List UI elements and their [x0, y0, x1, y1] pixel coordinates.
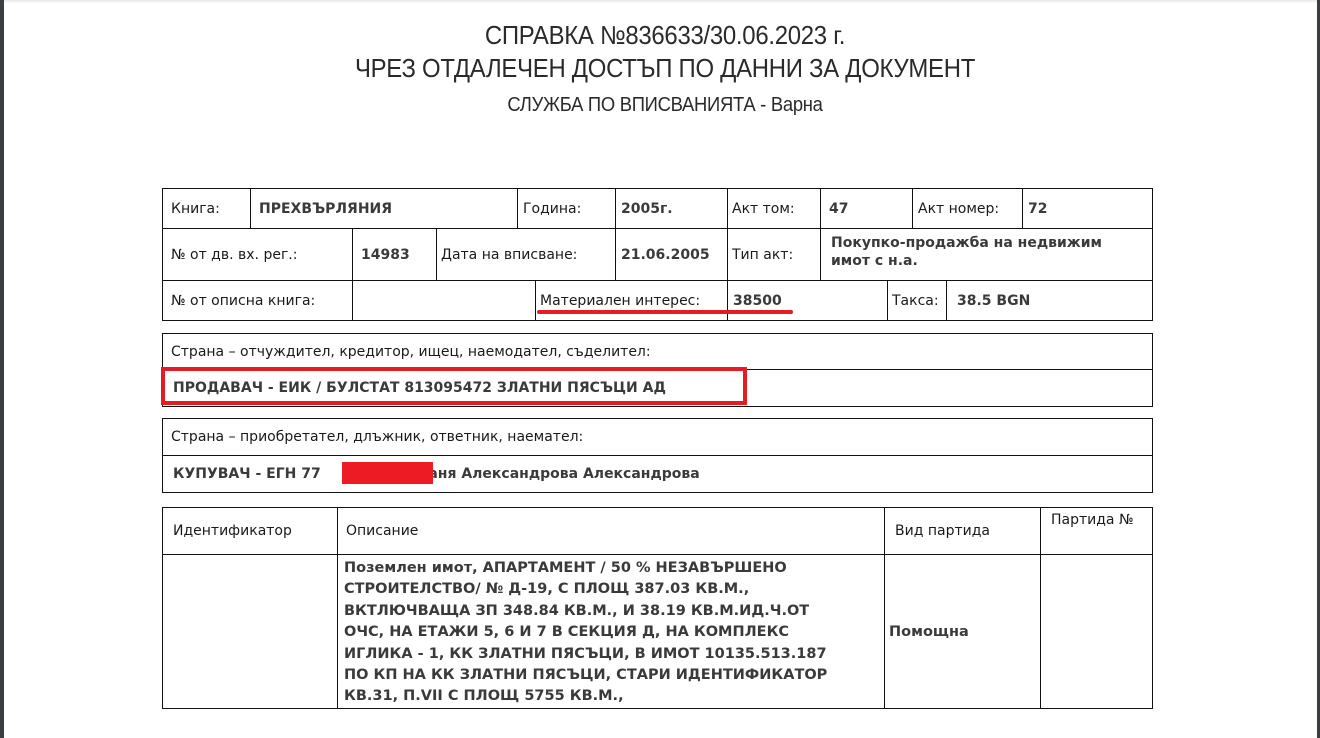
entry-date-label: Дата на вписване:	[436, 228, 616, 281]
material-interest-label: Материален интерес:	[535, 280, 728, 321]
row-batch-number	[1040, 554, 1153, 709]
row-batch-type: Помощна	[884, 554, 1041, 709]
act-volume-value: 47	[820, 188, 913, 229]
material-interest-value: 38500	[727, 280, 888, 321]
acquirer-id-prefix: КУПУВАЧ - ЕГН 77	[173, 465, 321, 483]
page-edge-left	[0, 0, 4, 738]
seller-highlight-box	[161, 367, 747, 405]
incoming-reg-label: № от дв. вх. рег.:	[162, 228, 353, 281]
column-header-batch-type: Вид партида	[884, 507, 1041, 555]
fee-label: Такса:	[887, 280, 947, 321]
inventory-book-label: № от описна книга:	[162, 280, 353, 321]
document-title: СПРАВКА №836633/30.06.2023 г.	[53, 20, 1277, 51]
incoming-reg-value: 14983	[352, 228, 437, 281]
fee-value: 38.5 BGN	[946, 280, 1153, 321]
registry-office: СЛУЖБА ПО ВПИСВАНИЯТА - Варна	[53, 94, 1277, 117]
act-number-value: 72	[1022, 188, 1153, 229]
act-volume-label: Акт том:	[727, 188, 821, 229]
act-number-label: Акт номер:	[912, 188, 1023, 229]
column-header-batch-number: Партида №	[1040, 507, 1153, 555]
year-label: Година:	[517, 188, 616, 229]
transferor-header: Страна – отчуждител, кредитор, ищец, нае…	[162, 333, 1153, 370]
acquirer-value: КУПУВАЧ - ЕГН 77 Ваня Александрова Алекс…	[162, 455, 1153, 493]
redaction-bar	[342, 462, 433, 484]
material-interest-highlight	[537, 310, 793, 314]
act-type-label: Тип акт:	[727, 228, 821, 281]
document-subtitle: ЧРЕЗ ОТДАЛЕЧЕН ДОСТЪП ПО ДАННИ ЗА ДОКУМЕ…	[53, 53, 1277, 84]
year-value: 2005г.	[615, 188, 728, 229]
book-value: ПРЕХВЪРЛЯНИЯ	[250, 188, 518, 229]
row-identifier	[162, 554, 338, 709]
book-label: Книга:	[162, 188, 251, 229]
act-type-value: Покупко-продажба на недвижим имот с н.а.	[820, 228, 1153, 281]
row-description: Поземлен имот, АПАРТАМЕНТ / 50 % НЕЗАВЪР…	[337, 554, 885, 709]
page-edge-top	[4, 0, 1317, 3]
column-header-description: Описание	[337, 507, 885, 555]
acquirer-name: Ваня Александрова Александрова	[418, 465, 700, 483]
column-header-identifier: Идентификатор	[162, 507, 338, 555]
acquirer-header: Страна – приобретател, длъжник, ответник…	[162, 418, 1153, 456]
inventory-book-value	[352, 280, 536, 321]
entry-date-value: 21.06.2005	[615, 228, 728, 281]
